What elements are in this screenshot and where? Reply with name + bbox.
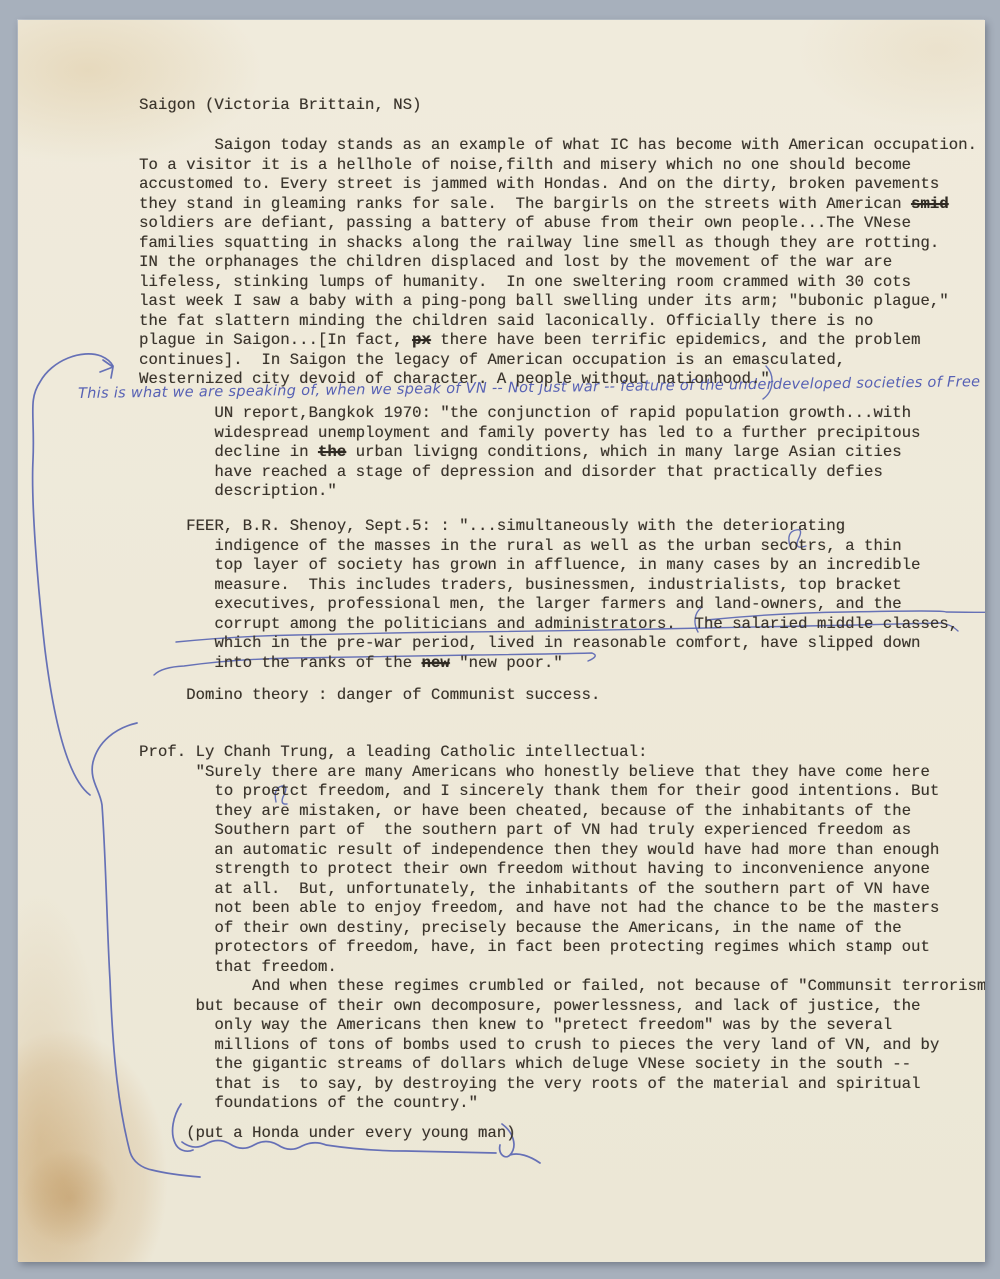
typed-line: executives, professional men, the larger…	[139, 595, 985, 615]
typed-text: that is to say, by destroying the very r…	[214, 1075, 920, 1093]
typed-text: top layer of society has grown in afflue…	[214, 556, 920, 574]
typed-text: but because of their own decomposure, po…	[196, 997, 921, 1015]
typed-line: at all. But, unfortunately, the inhabita…	[139, 880, 985, 900]
typed-text: Saigon today stands as an example of wha…	[214, 136, 977, 154]
typed-line: Southern part of the southern part of VN…	[139, 821, 985, 841]
typed-text: widespread unemployment and family pover…	[214, 424, 920, 442]
typed-line: lifeless, stinking lumps of humanity. In…	[139, 273, 985, 293]
typed-text: Domino theory : danger of Communist succ…	[186, 686, 600, 704]
typed-line: soldiers are defiant, passing a battery …	[139, 214, 985, 234]
margin-arrow-head	[100, 360, 113, 378]
typed-line: "Surely there are many Americans who hon…	[139, 763, 985, 783]
typed-text: Prof. Ly Chanh Trung, a leading Catholic…	[139, 743, 647, 761]
typed-line: plague in Saigon...[In fact, px there ha…	[139, 331, 985, 351]
typed-text: continues]. In Saigon the legacy of Amer…	[139, 351, 845, 369]
typed-line: to proetct freedom, and I sincerely than…	[139, 782, 985, 802]
typed-text: millions of tons of bombs used to crush …	[214, 1036, 939, 1054]
paper-sheet: This is what we are speaking of, when we…	[18, 20, 985, 1262]
typed-text: not been able to enjoy freedom, and have…	[214, 899, 939, 917]
typed-text: they stand in gleaming ranks for sale. T…	[139, 195, 911, 213]
typed-line: they stand in gleaming ranks for sale. T…	[139, 195, 985, 215]
typed-text: there have been terrific epidemics, and …	[431, 331, 921, 349]
quote-feer-shenoy: FEER, B.R. Shenoy, Sept.5: : "...simulta…	[139, 517, 985, 673]
typed-line: they are mistaken, or have been cheated,…	[139, 802, 985, 822]
typed-line: indigence of the masses in the rural as …	[139, 537, 985, 557]
typed-line: accustomed to. Every street is jammed wi…	[139, 175, 985, 195]
typed-line: protectors of freedom, have, in fact bee…	[139, 938, 985, 958]
typed-text: only way the Americans then knew to "pre…	[214, 1016, 892, 1034]
typed-text: measure. This includes traders, business…	[214, 576, 901, 594]
typed-text: foundations of the country."	[214, 1094, 478, 1112]
overstruck-word: the	[318, 443, 346, 461]
quote-ly-chanh-trung: Prof. Ly Chanh Trung, a leading Catholic…	[139, 743, 985, 1114]
typed-line: IN the orphanages the children displaced…	[139, 253, 985, 273]
typed-text: the gigantic streams of dollars which de…	[214, 1055, 911, 1073]
typed-line: Prof. Ly Chanh Trung, a leading Catholic…	[139, 743, 985, 763]
typed-text: into the ranks of the	[214, 654, 421, 672]
typed-text: of their own destiny, precisely because …	[214, 919, 901, 937]
typed-line: description."	[139, 482, 985, 502]
scanned-document-photo: { "document": { "kind": "typewritten not…	[0, 0, 1000, 1279]
quote-un-report: UN report,Bangkok 1970: "the conjunction…	[139, 404, 985, 502]
typed-text: description."	[214, 482, 336, 500]
typed-text: indigence of the masses in the rural as …	[214, 537, 901, 555]
typed-line: And when these regimes crumbled or faile…	[139, 977, 985, 997]
typed-text: FEER, B.R. Shenoy, Sept.5: : "...simulta…	[186, 517, 845, 535]
typed-line: widespread unemployment and family pover…	[139, 424, 985, 444]
typed-text: plague in Saigon...[In fact,	[139, 331, 412, 349]
line-honda-note: (put a Honda under every young man)	[139, 1124, 985, 1144]
overstruck-word: px	[412, 331, 431, 349]
typed-text: decline in	[214, 443, 318, 461]
typed-text: strength to protect their own freedom wi…	[214, 860, 929, 878]
typed-text: (put a Honda under every young man)	[186, 1124, 516, 1142]
typed-text: Saigon (Victoria Brittain, NS)	[139, 96, 421, 114]
typed-line: only way the Americans then knew to "pre…	[139, 1016, 985, 1036]
typed-text: protectors of freedom, have, in fact bee…	[214, 938, 929, 956]
typed-text: accustomed to. Every street is jammed wi…	[139, 175, 939, 193]
typed-text: soldiers are defiant, passing a battery …	[139, 214, 911, 232]
typed-line: (put a Honda under every young man)	[139, 1124, 985, 1144]
typed-text: to proetct freedom, and I sincerely than…	[214, 782, 939, 800]
typed-line: of their own destiny, precisely because …	[139, 919, 985, 939]
typed-text: which in the pre-war period, lived in re…	[214, 634, 920, 652]
overstruck-word: new	[421, 654, 449, 672]
typed-text: last week I saw a baby with a ping-pong …	[139, 292, 949, 310]
typed-text: "new poor."	[450, 654, 563, 672]
line-domino-theory: Domino theory : danger of Communist succ…	[139, 686, 985, 706]
typed-line: but because of their own decomposure, po…	[139, 997, 985, 1017]
typed-text: Southern part of the southern part of VN…	[214, 821, 911, 839]
typed-line: that is to say, by destroying the very r…	[139, 1075, 985, 1095]
typed-text: To a visitor it is a hellhole of noise,f…	[139, 156, 911, 174]
typed-line: corrupt among the politicians and admini…	[139, 615, 985, 635]
typed-text: IN the orphanages the children displaced…	[139, 253, 892, 271]
typed-line: top layer of society has grown in afflue…	[139, 556, 985, 576]
typed-line: millions of tons of bombs used to crush …	[139, 1036, 985, 1056]
typed-text: they are mistaken, or have been cheated,…	[214, 802, 911, 820]
typed-text: lifeless, stinking lumps of humanity. In…	[139, 273, 911, 291]
heading: Saigon (Victoria Brittain, NS)	[139, 96, 985, 116]
typed-line: the gigantic streams of dollars which de…	[139, 1055, 985, 1075]
overstruck-word: smid	[911, 195, 949, 213]
typed-line: Westernized city devoid of character. A …	[139, 370, 985, 390]
typed-text: that freedom.	[214, 958, 336, 976]
margin-arrow-curve	[33, 354, 113, 795]
typed-line: an automatic result of independence then…	[139, 841, 985, 861]
typed-text: "Surely there are many Americans who hon…	[196, 763, 930, 781]
typed-text: have reached a stage of depression and d…	[214, 463, 882, 481]
typed-line: To a visitor it is a hellhole of noise,f…	[139, 156, 985, 176]
typed-line: Saigon today stands as an example of wha…	[139, 136, 985, 156]
typed-line: Saigon (Victoria Brittain, NS)	[139, 96, 985, 116]
typed-text: families squatting in shacks along the r…	[139, 234, 939, 252]
typed-text: urban livigng conditions, which in many …	[346, 443, 901, 461]
typed-text: corrupt among the politicians and admini…	[214, 615, 958, 633]
typed-line: the fat slattern minding the children sa…	[139, 312, 985, 332]
typed-line: strength to protect their own freedom wi…	[139, 860, 985, 880]
typed-line: Domino theory : danger of Communist succ…	[139, 686, 985, 706]
typed-line: foundations of the country."	[139, 1094, 985, 1114]
typed-line: measure. This includes traders, business…	[139, 576, 985, 596]
typed-line: decline in the urban livigng conditions,…	[139, 443, 985, 463]
typed-text: an automatic result of independence then…	[214, 841, 939, 859]
typed-line: FEER, B.R. Shenoy, Sept.5: : "...simulta…	[139, 517, 985, 537]
typed-text: at all. But, unfortunately, the inhabita…	[214, 880, 929, 898]
typed-line: which in the pre-war period, lived in re…	[139, 634, 985, 654]
typed-text: UN report,Bangkok 1970: "the conjunction…	[214, 404, 911, 422]
typed-line: families squatting in shacks along the r…	[139, 234, 985, 254]
typed-line: last week I saw a baby with a ping-pong …	[139, 292, 985, 312]
typed-text: And when these regimes crumbled or faile…	[252, 977, 985, 995]
typed-text: executives, professional men, the larger…	[214, 595, 901, 613]
typed-line: that freedom.	[139, 958, 985, 978]
typed-line: into the ranks of the new "new poor."	[139, 654, 985, 674]
typed-line: have reached a stage of depression and d…	[139, 463, 985, 483]
typed-line: continues]. In Saigon the legacy of Amer…	[139, 351, 985, 371]
paragraph-saigon: Saigon today stands as an example of wha…	[139, 136, 985, 390]
typed-text: the fat slattern minding the children sa…	[139, 312, 873, 330]
typed-line: UN report,Bangkok 1970: "the conjunction…	[139, 404, 985, 424]
typed-line: not been able to enjoy freedom, and have…	[139, 899, 985, 919]
typed-text: Westernized city devoid of character. A …	[139, 370, 770, 388]
